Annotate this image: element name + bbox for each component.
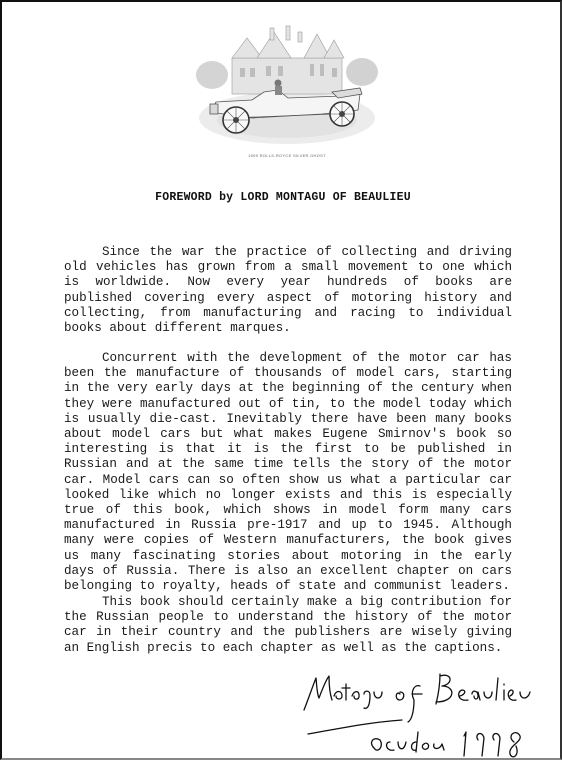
page-title: FOREWORD by LORD MONTAGU OF BEAULIEU (2, 191, 562, 204)
illustration-caption: 1909 ROLLS-ROYCE SILVER GHOST (202, 153, 372, 158)
paragraph-1: Since the war the practice of collecting… (64, 245, 512, 336)
document-page: 1909 ROLLS-ROYCE SILVER GHOST FOREWORD b… (0, 0, 562, 760)
handwritten-signature (302, 670, 542, 760)
paragraph-2: Concurrent with the development of the m… (64, 351, 512, 594)
car-illustration (192, 10, 382, 150)
paragraph-3: This book should certainly make a big co… (64, 595, 512, 656)
